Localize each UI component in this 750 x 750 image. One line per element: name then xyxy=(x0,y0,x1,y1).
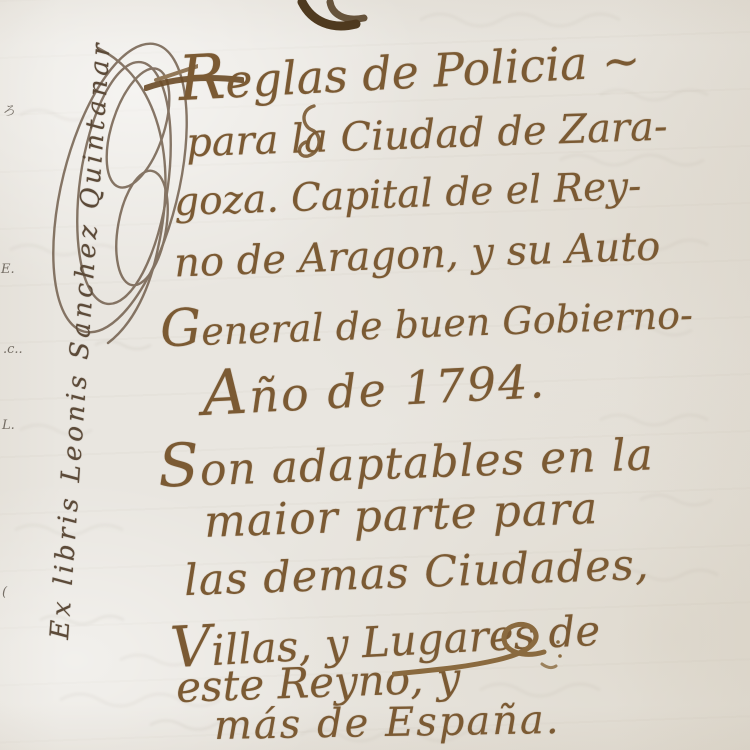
page-edge-fragment: ( xyxy=(2,585,7,600)
page-edge-fragment: E. xyxy=(1,262,15,277)
page-edge-fragment: ろ xyxy=(2,100,15,119)
spiral-flourish xyxy=(392,612,567,697)
subtitle-line-6: más de España. xyxy=(214,697,561,749)
manuscript-photo: { "page": { "kind": "handwritten manuscr… xyxy=(0,0,750,750)
page-edge-fragment: L. xyxy=(2,418,15,433)
page-edge-fragment: .c.. xyxy=(3,342,23,357)
